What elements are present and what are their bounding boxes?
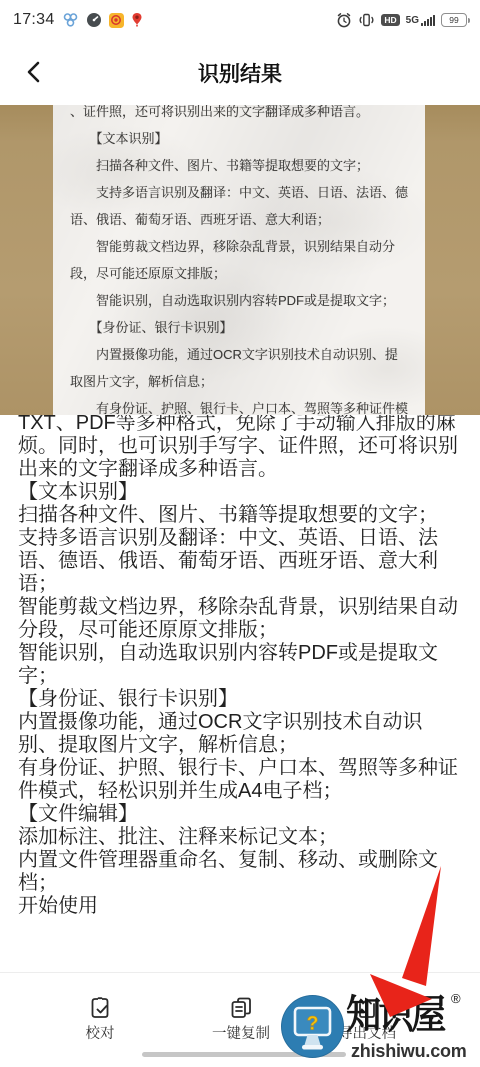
alarm-icon xyxy=(336,12,352,28)
proofread-label: 校对 xyxy=(86,1026,115,1043)
weibo-notification-icon xyxy=(109,13,124,28)
gauge-notification-icon xyxy=(86,12,102,28)
vibrate-icon xyxy=(358,12,375,28)
proofread-icon xyxy=(87,995,113,1021)
watermark-domain: zhishiwu.com xyxy=(351,1041,467,1062)
watermark-brand: 知识屋 xyxy=(346,991,444,1039)
page-title: 识别结果 xyxy=(0,58,480,88)
signal-bars-icon xyxy=(421,15,435,26)
photo-paper: 、证件照，还可将识别出来的文字翻译成多种语言。 【文本识别】 扫描各种文件、图片… xyxy=(53,105,425,415)
source-photo-preview[interactable]: 、证件照，还可将识别出来的文字翻译成多种语言。 【文本识别】 扫描各种文件、图片… xyxy=(0,105,480,415)
battery-percent: 99 xyxy=(449,16,458,25)
header: 识别结果 xyxy=(0,40,480,103)
battery-icon: 99 xyxy=(441,13,467,27)
photo-paper-text: 、证件照，还可将识别出来的文字翻译成多种语言。 【文本识别】 扫描各种文件、图片… xyxy=(53,105,425,415)
signal-5g-icon: 5G xyxy=(406,15,435,26)
clover-notification-icon xyxy=(62,12,79,28)
recognized-text[interactable]: TXT、PDF等多种格式，免除了手动输入排版的麻 烦。同时，也可识别手写字、证件… xyxy=(0,412,480,918)
proofread-button[interactable]: 校对 xyxy=(50,995,150,1043)
copy-label: 一键复制 xyxy=(212,1026,270,1043)
status-time: 17:34 xyxy=(13,11,55,29)
registered-mark: ® xyxy=(451,991,461,1006)
hd-badge: HD xyxy=(381,14,399,27)
network-type-label: 5G xyxy=(406,16,419,26)
location-pin-notification-icon xyxy=(131,12,143,28)
watermark-logo-circle: ? xyxy=(281,995,344,1058)
copy-icon xyxy=(228,995,254,1021)
status-bar: 17:34 xyxy=(0,0,480,40)
question-glyph: ? xyxy=(307,1014,319,1035)
monitor-question-icon: ? xyxy=(281,995,344,1058)
copy-button[interactable]: 一键复制 xyxy=(191,995,291,1043)
